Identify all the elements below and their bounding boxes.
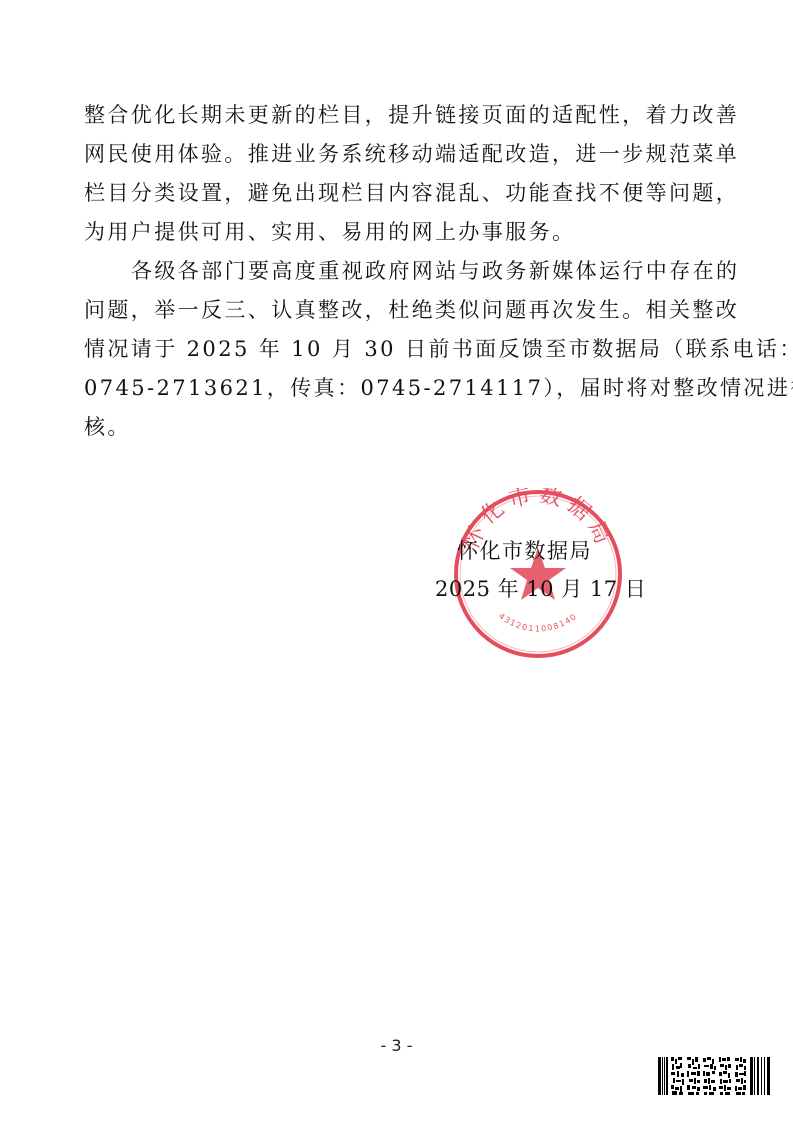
page-number: - 3 -	[0, 1036, 793, 1055]
svg-text:4312011008140: 4312011008140	[497, 611, 579, 633]
paragraph-2: 各级各部门要高度重视政府网站与政务新媒体运行中存在的 问题，举一反三、认真整改，…	[84, 252, 688, 447]
paragraph-line: 各级各部门要高度重视政府网站与政务新媒体运行中存在的	[84, 252, 688, 291]
paragraph-line: 为用户提供可用、实用、易用的网上办事服务。	[84, 213, 688, 252]
paragraph-line: 网民使用体验。推进业务系统移动端适配改造，进一步规范菜单	[84, 135, 688, 174]
signature-organization: 怀化市数据局	[457, 535, 592, 565]
paragraph-line: 栏目分类设置，避免出现栏目内容混乱、功能查找不便等问题，	[84, 174, 688, 213]
paragraph-line: 问题，举一反三、认真整改，杜绝类似问题再次发生。相关整改	[84, 291, 688, 330]
paragraph-line: 情况请于 2025 年 10 月 30 日前书面反馈至市数据局（联系电话：	[84, 330, 688, 369]
paragraph-line: 0745-2713621，传真：0745-2714117），届时将对整改情况进行…	[84, 369, 688, 408]
barcode-icon	[658, 1057, 770, 1095]
paragraph-line: 核。	[84, 408, 688, 447]
paragraph-line: 整合优化长期未更新的栏目，提升链接页面的适配性，着力改善	[84, 96, 688, 135]
paragraph-1: 整合优化长期未更新的栏目，提升链接页面的适配性，着力改善 网民使用体验。推进业务…	[84, 96, 688, 252]
signature-date: 2025 年 10 月 17 日	[435, 573, 646, 603]
document-page: 整合优化长期未更新的栏目，提升链接页面的适配性，着力改善 网民使用体验。推进业务…	[0, 0, 793, 1121]
